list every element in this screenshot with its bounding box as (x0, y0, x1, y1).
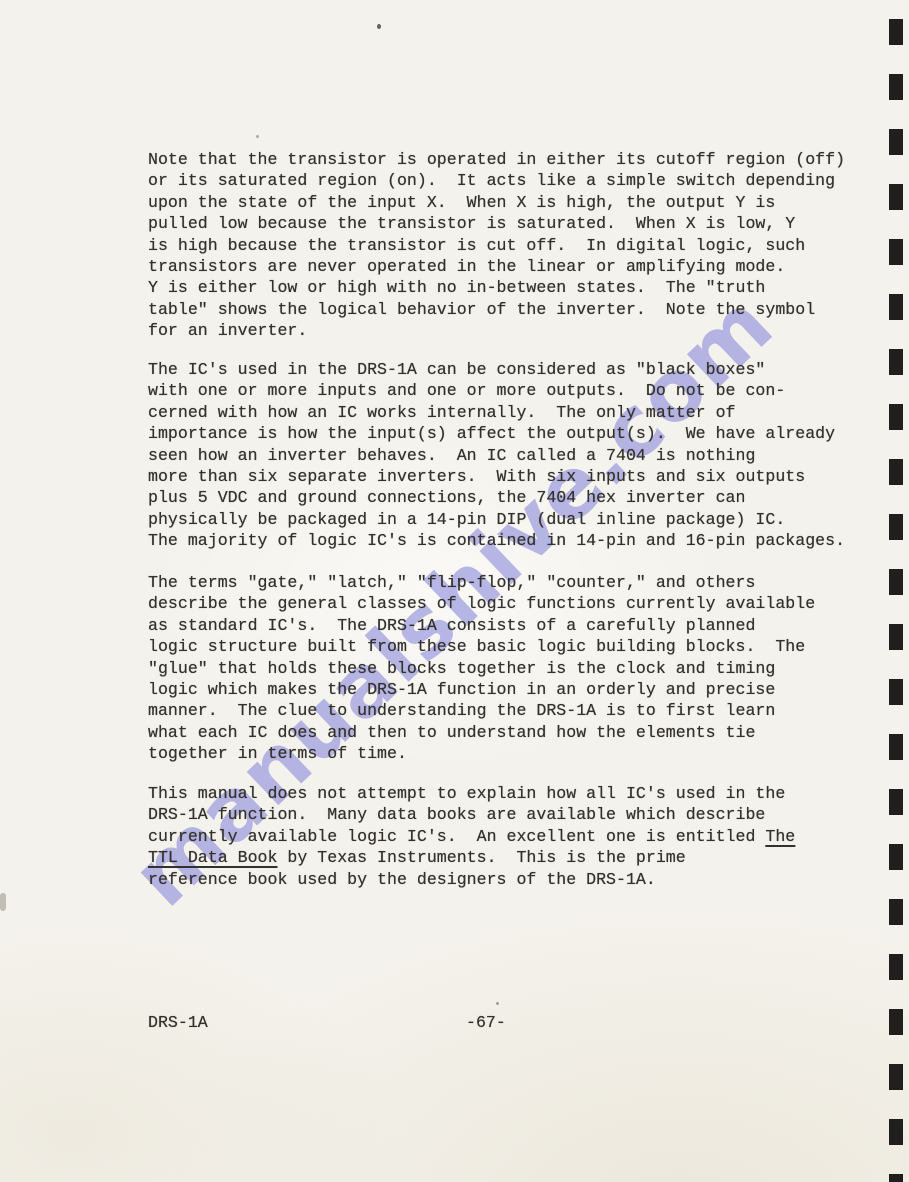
text-line: describe the general classes of logic fu… (148, 593, 815, 614)
underlined-book-title: TTL Data Book (148, 848, 277, 867)
text-line: DRS-1A function. Many data books are ava… (148, 804, 795, 825)
text-line: is high because the transistor is cut of… (148, 235, 845, 256)
text-segment: by Texas Instruments. This is the prime (277, 848, 685, 867)
text-line: The majority of logic IC's is contained … (148, 530, 845, 551)
scan-speck (496, 1002, 499, 1005)
text-line: seen how an inverter behaves. An IC call… (148, 445, 845, 466)
text-line: table" shows the logical behavior of the… (148, 299, 845, 320)
text-line: currently available logic IC's. An excel… (148, 826, 795, 847)
paragraph-data-books: This manual does not attempt to explain … (148, 783, 795, 890)
text-line: what each IC does and then to understand… (148, 722, 815, 743)
scan-speck (256, 135, 259, 138)
text-line: "glue" that holds these blocks together … (148, 658, 815, 679)
text-line: Y is either low or high with no in-betwe… (148, 277, 845, 298)
binding-marks (889, 19, 903, 1182)
text-line: pulled low because the transistor is sat… (148, 213, 845, 234)
text-segment: currently available logic IC's. An excel… (148, 827, 765, 846)
text-line: or its saturated region (on). It acts li… (148, 170, 845, 191)
text-line: plus 5 VDC and ground connections, the 7… (148, 487, 845, 508)
text-line: logic structure built from these basic l… (148, 636, 815, 657)
model-label: DRS-1A (148, 1013, 208, 1032)
page-number: -67- (466, 1012, 506, 1033)
text-line: as standard IC's. The DRS-1A consists of… (148, 615, 815, 636)
text-line: upon the state of the input X. When X is… (148, 192, 845, 213)
text-line: The terms "gate," "latch," "flip-flop," … (148, 572, 815, 593)
text-line: Note that the transistor is operated in … (148, 149, 845, 170)
text-line: together in terms of time. (148, 743, 815, 764)
text-line: more than six separate inverters. With s… (148, 466, 845, 487)
text-line: logic which makes the DRS-1A function in… (148, 679, 815, 700)
text-line: importance is how the input(s) affect th… (148, 423, 845, 444)
text-line: reference book used by the designers of … (148, 869, 795, 890)
text-line: physically be packaged in a 14-pin DIP (… (148, 509, 845, 530)
text-line: manner. The clue to understanding the DR… (148, 700, 815, 721)
text-line: TTL Data Book by Texas Instruments. This… (148, 847, 795, 868)
paragraph-logic-terms: The terms "gate," "latch," "flip-flop," … (148, 572, 815, 765)
paragraph-transistor-switch: Note that the transistor is operated in … (148, 149, 845, 342)
text-line: This manual does not attempt to explain … (148, 783, 795, 804)
scanned-manual-page: manualshive.com Note that the transistor… (0, 0, 909, 1182)
text-line: The IC's used in the DRS-1A can be consi… (148, 359, 845, 380)
text-line: cerned with how an IC works internally. … (148, 402, 845, 423)
text-line: for an inverter. (148, 320, 845, 341)
underlined-book-title: The (765, 827, 795, 846)
text-line: with one or more inputs and one or more … (148, 380, 845, 401)
text-line: transistors are never operated in the li… (148, 256, 845, 277)
scan-speck (0, 893, 6, 911)
page-footer: DRS-1A -67- (148, 1012, 748, 1033)
scan-speck (377, 24, 381, 29)
paragraph-black-boxes: The IC's used in the DRS-1A can be consi… (148, 359, 845, 552)
